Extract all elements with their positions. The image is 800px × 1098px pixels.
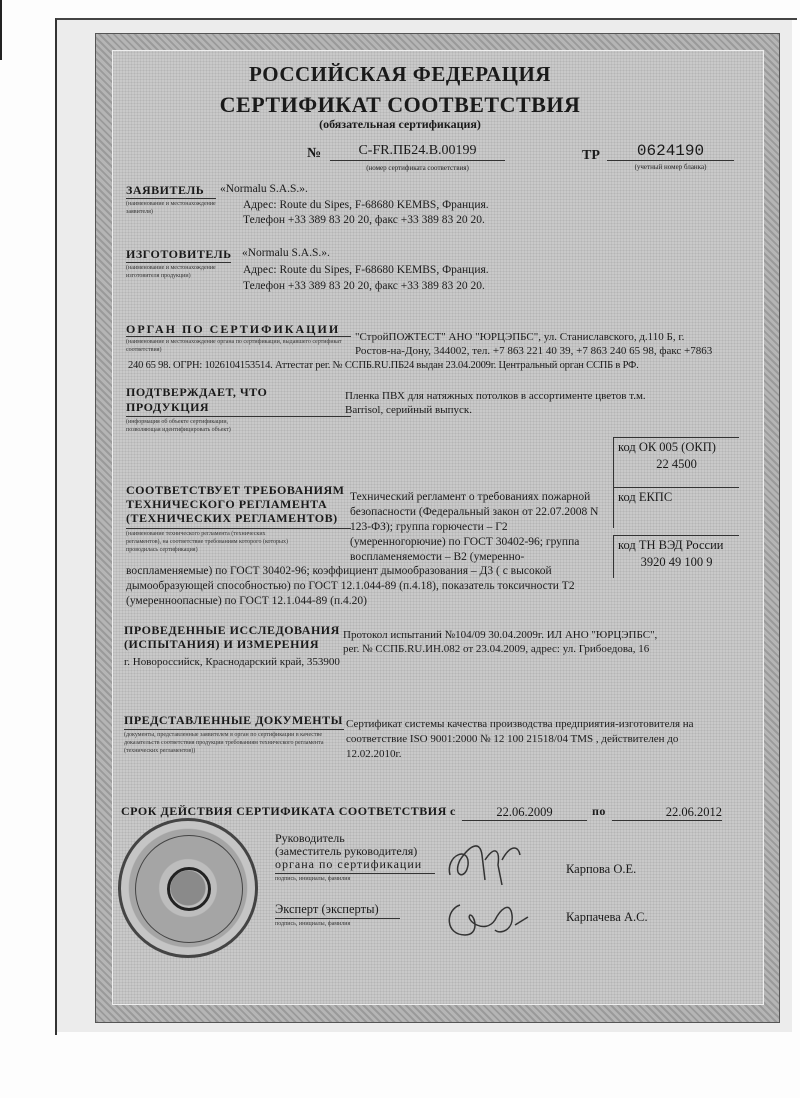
certificate-number-caption: (номер сертификата соответствия) xyxy=(330,164,505,172)
certificate-subtitle: (обязательная сертификация) xyxy=(0,117,800,132)
requirements-label-line-2: ТЕХНИЧЕСКОГО РЕГЛАМЕНТА xyxy=(126,497,327,512)
applicant-label: ЗАЯВИТЕЛЬ xyxy=(126,183,204,198)
product-label-line-1: ПОДТВЕРЖДАЕТ, ЧТО xyxy=(126,385,267,400)
requirements-side-line-1: Технический регламент о требованиях пожа… xyxy=(350,490,590,505)
scan-edge xyxy=(0,0,2,60)
validity-from-date: 22.06.2009 xyxy=(462,805,587,821)
ekps-code-box: код ЕКПС xyxy=(613,487,739,528)
official-seal xyxy=(118,818,258,958)
form-number-caption: (учетный номер бланка) xyxy=(607,163,734,171)
requirements-line-1: воспламеняемые) по ГОСТ 30402-96; коэффи… xyxy=(126,564,552,579)
requirements-side-line-4: (умеренногорючие) по ГОСТ 30402-96; груп… xyxy=(350,535,579,550)
tnved-code-title: код ТН ВЭД России xyxy=(614,536,739,555)
documents-line-3: 12.02.2010г. xyxy=(346,747,402,762)
applicant-caption: (наименование и местонахождение заявител… xyxy=(126,200,236,216)
expert-name: Карпачева А.С. xyxy=(566,910,648,925)
certification-body-line-2: Ростов-на-Дону, 344002, тел. +7 863 221 … xyxy=(355,344,712,359)
tests-label-line-2: (ИСПЫТАНИЯ) И ИЗМЕРЕНИЯ xyxy=(124,637,319,652)
certification-body-line-3: 240 65 98. ОГРН: 1026104153514. Аттестат… xyxy=(128,358,639,373)
divider xyxy=(126,198,216,199)
documents-line-2: соответствие ISO 9001:2000 № 12 100 2151… xyxy=(346,732,678,747)
requirements-caption: (наименование технического регламента (т… xyxy=(126,530,291,554)
divider xyxy=(126,336,351,337)
validity-label: СРОК ДЕЙСТВИЯ СЕРТИФИКАТА СООТВЕТСТВИЯ xyxy=(121,804,447,819)
requirements-label-line-3: (ТЕХНИЧЕСКИХ РЕГЛАМЕНТОВ) xyxy=(126,511,338,526)
okp-code-value: 22 4500 xyxy=(614,457,739,472)
tnved-code-value: 3920 49 100 9 xyxy=(614,555,739,570)
divider xyxy=(126,528,351,529)
okp-code-box: код ОК 005 (ОКП) 22 4500 xyxy=(613,437,739,492)
documents-label: ПРЕДСТАВЛЕННЫЕ ДОКУМЕНТЫ xyxy=(124,713,343,728)
product-description-line-2: Barrisol, серийный выпуск. xyxy=(345,403,472,418)
certification-body-line-1: "СтройПОЖТЕСТ" АНО "ЮРЦЭПБС", ул. Станис… xyxy=(355,330,684,345)
certificate-number: C-FR.ПБ24.В.00199 xyxy=(330,143,505,161)
divider xyxy=(275,873,435,874)
divider xyxy=(275,918,400,919)
expert-signature-icon xyxy=(440,895,530,945)
tests-line-1: Протокол испытаний №104/09 30.04.2009г. … xyxy=(343,628,657,643)
head-signature-icon xyxy=(440,835,530,890)
ekps-code-title: код ЕКПС xyxy=(614,488,739,507)
requirements-line-2: дымообразующей способностью) по ГОСТ 12.… xyxy=(126,579,575,594)
expert-caption: подпись, инициалы, фамилия xyxy=(275,920,350,928)
requirements-side-line-5: воспламеняемости – В2 (умеренно- xyxy=(350,550,524,565)
tests-line-2: рег. № ССПБ.RU.ИН.082 от 23.04.2009, адр… xyxy=(343,642,649,657)
certification-body-caption: (наименование и местонахождение органа п… xyxy=(126,338,351,354)
manufacturer-name: «Normalu S.A.S.». xyxy=(242,246,330,261)
divider xyxy=(126,262,231,263)
requirements-side-line-3: 123-ФЗ); группа горючести – Г2 xyxy=(350,520,508,535)
flame-emblem-icon xyxy=(167,867,211,911)
applicant-name: «Normalu S.A.S.». xyxy=(220,182,308,197)
tests-line-3: г. Новороссийск, Краснодарский край, 353… xyxy=(124,655,340,670)
requirements-line-3: (умеренноопасные) по ГОСТ 12.1.044-89 (п… xyxy=(126,594,367,609)
okp-code-title: код ОК 005 (ОКП) xyxy=(614,438,739,457)
form-number-label: ТР xyxy=(582,148,600,164)
divider xyxy=(124,729,344,730)
product-description-line-1: Пленка ПВХ для натяжных потолков в ассор… xyxy=(345,389,646,404)
tests-label-line-1: ПРОВЕДЕННЫЕ ИССЛЕДОВАНИЯ xyxy=(124,623,340,638)
applicant-phone: Телефон +33 389 83 20 20, факс +33 389 8… xyxy=(243,213,485,228)
expert-label: Эксперт (эксперты) xyxy=(275,902,379,917)
tnved-code-box: код ТН ВЭД России 3920 49 100 9 xyxy=(613,535,739,578)
manufacturer-caption: (наименование и местонахождение изготови… xyxy=(126,264,231,280)
manufacturer-phone: Телефон +33 389 83 20 20, факс +33 389 8… xyxy=(243,279,485,294)
documents-line-1: Сертификат системы качества производства… xyxy=(346,717,694,732)
product-label-line-2: ПРОДУКЦИЯ xyxy=(126,400,209,415)
manufacturer-address: Адрес: Route du Sipes, F-68680 KEMBS, Фр… xyxy=(243,263,489,278)
head-title-line-3: органа по сертификации xyxy=(275,858,422,871)
documents-caption: (документы, представленные заявителем в … xyxy=(124,731,324,755)
requirements-label-line-1: СООТВЕТСТВУЕТ ТРЕБОВАНИЯМ xyxy=(126,483,344,498)
manufacturer-label: ИЗГОТОВИТЕЛЬ xyxy=(126,247,232,262)
country-heading: РОССИЙСКАЯ ФЕДЕРАЦИЯ xyxy=(0,62,800,87)
requirements-side-line-2: безопасности (Федеральный закон от 22.07… xyxy=(350,505,598,520)
form-number: 0624190 xyxy=(607,142,734,161)
head-name: Карпова О.Е. xyxy=(566,862,636,877)
validity-from-label: с xyxy=(450,804,456,819)
certificate-title: СЕРТИФИКАТ СООТВЕТСТВИЯ xyxy=(0,92,800,118)
divider xyxy=(126,416,351,417)
applicant-address: Адрес: Route du Sipes, F-68680 KEMBS, Фр… xyxy=(243,198,489,213)
product-caption: (информация об объекте сертификации, поз… xyxy=(126,418,236,434)
validity-to-date: 22.06.2012 xyxy=(612,805,722,821)
head-caption: подпись, инициалы, фамилия xyxy=(275,875,350,883)
certificate-number-label: № xyxy=(307,146,321,162)
certification-body-label: ОРГАН ПО СЕРТИФИКАЦИИ xyxy=(126,322,340,337)
validity-to-label: по xyxy=(592,804,606,819)
